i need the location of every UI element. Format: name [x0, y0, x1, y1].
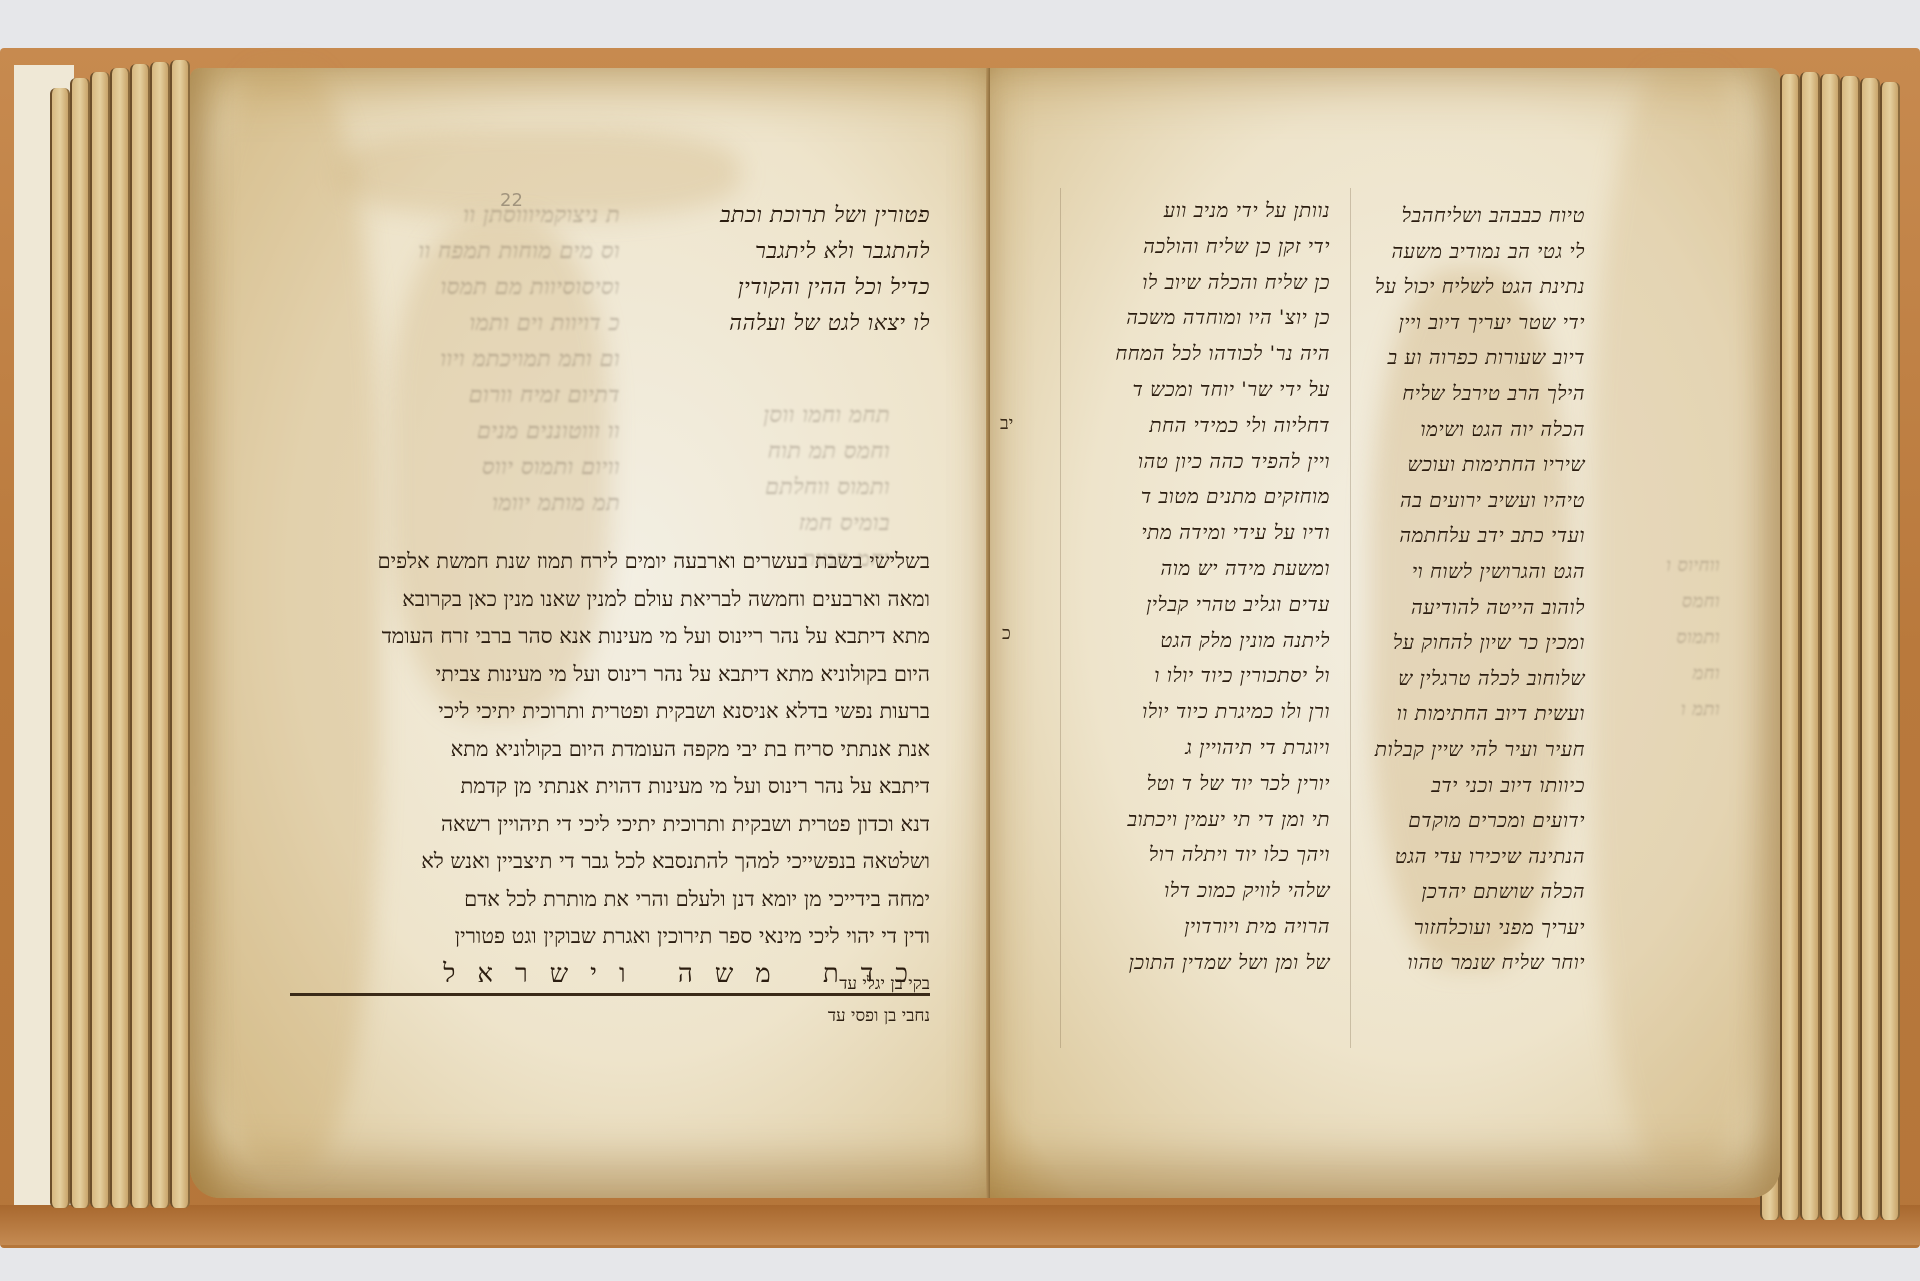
right-page: יב כ נוותן על ידי מניב ווע ידי זקן כן של…	[990, 68, 1780, 1198]
text-line: היום בקולוניא מתא דיתבא על נהר רינוס ועל…	[290, 656, 930, 694]
witness-line: בקי בן יגלי עד	[690, 968, 930, 1000]
text-line: עדים וגליב טהרי קבלין	[1050, 587, 1330, 623]
text-line: ידי שטר יעריך דיוב ויין	[1335, 305, 1585, 341]
text-line: טיהיו ועשיב ירועים בה	[1335, 483, 1585, 519]
text-line: יעריך מפני ועוכלחזור	[1335, 910, 1585, 946]
left-page-edges	[40, 58, 200, 1208]
text-line: דיתבא על נהר רינוס ועל מי מעינות דהוית א…	[290, 768, 930, 806]
text-line: ומשעת מידה יש מוה	[1050, 551, 1330, 587]
text-line: פטורין ושל תרוכת וכתב	[660, 198, 930, 234]
bleed-through-text: ת ניצוקמיוווסתן וווס מים מוחות תמפח וווס…	[400, 198, 620, 522]
text-line: ידי זקן כן שליח והולכה	[1050, 229, 1330, 265]
text-line: דנא וכדון פטרית ושבקית ותרוכית יתיכי ליכ…	[290, 806, 930, 844]
text-line: להתגבר ולא ליתגבר	[660, 234, 930, 270]
text-line: בשלישי בשבת בעשרים וארבעה יומים לירח תמו…	[290, 543, 930, 581]
text-line: לו יצאו לגט של ועלהה	[660, 306, 930, 342]
text-line: היה נר' לכודהו לכל המחח	[1050, 336, 1330, 372]
text-line: של ומן ושל שמדין התוכן	[1050, 945, 1330, 981]
text-line: ומאה וארבעים וחמשה לבריאת עולם למנין שאנ…	[290, 581, 930, 619]
text-line: ברעות נפשי בדלא אניסנא ושבקית ופטרית ותר…	[290, 693, 930, 731]
text-line: ול יסתכורין כיוד יולו ו	[1050, 658, 1330, 694]
text-line: ודין די יהוי ליכי מינאי ספר תירוכין ואגר…	[290, 918, 930, 956]
text-line: יוחר שליח שנמר טהוו	[1335, 945, 1585, 981]
text-line: על ידי שר' יוחד ומכש ד	[1050, 372, 1330, 408]
text-line: הנתינה שיכירו עדי הגט	[1335, 839, 1585, 875]
text-line: ומכין כר שיון להחוק על	[1335, 625, 1585, 661]
text-line: כן שליח והכלה שיוב לו	[1050, 265, 1330, 301]
text-line: ודיו על עידי ומידה מתי	[1050, 515, 1330, 551]
left-column: נוותן על ידי מניב ווע ידי זקן כן שליח וה…	[1050, 193, 1330, 981]
text-line: כיוותו דיוב וכני ידב	[1335, 768, 1585, 804]
main-text-block: בשלישי בשבת בעשרים וארבעה יומים לירח תמו…	[290, 543, 930, 996]
text-line: הילך הרב טירבל שליח	[1335, 376, 1585, 412]
text-line: הכלה שושתם יהדכן	[1335, 874, 1585, 910]
witness-line: נחבי בן ופסי עד	[690, 1000, 930, 1032]
right-column: טיוח כבבהב ושליחהבל לי גטי הב נמודיב משע…	[1335, 198, 1585, 981]
text-line: יורין לכר יוד של ד וטל	[1050, 766, 1330, 802]
text-line: מוחזקים מתנים מטוב ד	[1050, 479, 1330, 515]
text-line: לוהוב הייטה להודיעה	[1335, 590, 1585, 626]
text-line: הרויה מית ויורדוין	[1050, 909, 1330, 945]
text-line: נתינת הגט לשליח יכול על	[1335, 269, 1585, 305]
text-line: נוותן על ידי מניב ווע	[1050, 193, 1330, 229]
text-line: ידועים ומכרים מוקדם	[1335, 803, 1585, 839]
text-line: ליתנה מונין מלק הגט	[1050, 623, 1330, 659]
text-line: ושלטאה בנפשייכי למהך להתנסבא לכל גבר די …	[290, 843, 930, 881]
text-line: טיוח כבבהב ושליחהבל	[1335, 198, 1585, 234]
right-page-edges	[1760, 70, 1920, 1220]
faint-margin-note: ווחיוס ווחמסותמוסוחמותמ ו	[1600, 548, 1720, 728]
text-line: חעיר ועיר להי שיין קבלות	[1335, 732, 1585, 768]
text-line: אנת אנתתי סריח בת יבי מקפה העומדת היום ב…	[290, 731, 930, 769]
text-line: ויהך כלו יוד ויתלה רול	[1050, 837, 1330, 873]
margin-mark: יב	[1000, 413, 1013, 434]
text-line: כדיל וכל ההין והקודין	[660, 270, 930, 306]
left-page: 22 ת ניצוקמיוווסתן וווס מים מוחות תמפח ו…	[190, 68, 990, 1198]
text-line: ויוגרת די תיהויין ג	[1050, 730, 1330, 766]
text-line: הכלה יוה הגט ושימו	[1335, 412, 1585, 448]
text-line: דיוב שעורות כפרוה וע ב	[1335, 340, 1585, 376]
text-line: דחליוה ולי כמידי החת	[1050, 408, 1330, 444]
text-line: שלוחוב לכלה טרגלין ש	[1335, 661, 1585, 697]
text-line: ועשית דיוב החתימות וו	[1335, 696, 1585, 732]
text-line: כן יוצ' היו ומוחדה משכה	[1050, 300, 1330, 336]
text-line: שלהי לוויק כמוכ דלו	[1050, 873, 1330, 909]
text-line: ורן ולו כמיגרת כיוד יולו	[1050, 694, 1330, 730]
text-line: הגט והגרושין לשוח וי	[1335, 554, 1585, 590]
text-line: תי ומן די תי יעמין ויכתוב	[1050, 802, 1330, 838]
text-line: ימחה בידייכי מן יומא דנן ולעלם והרי את מ…	[290, 881, 930, 919]
text-line: ועדי כתב ידב עלחתמה	[1335, 518, 1585, 554]
text-line: מתא דיתבא על נהר ריינוס ועל מי מעינות אנ…	[290, 618, 930, 656]
text-line: ויין להפיד כהה כיון טהו	[1050, 444, 1330, 480]
binding-bottom-edge	[0, 1205, 1920, 1245]
witness-signatures: בקי בן יגלי עד נחבי בן ופסי עד	[690, 968, 930, 1032]
margin-mark: כ	[1002, 623, 1011, 644]
text-line: שיריו החתימות ועוכש	[1335, 447, 1585, 483]
top-column: פטורין ושל תרוכת וכתב להתגבר ולא ליתגבר …	[660, 198, 930, 342]
text-line: לי גטי הב נמודיב משעה	[1335, 234, 1585, 270]
